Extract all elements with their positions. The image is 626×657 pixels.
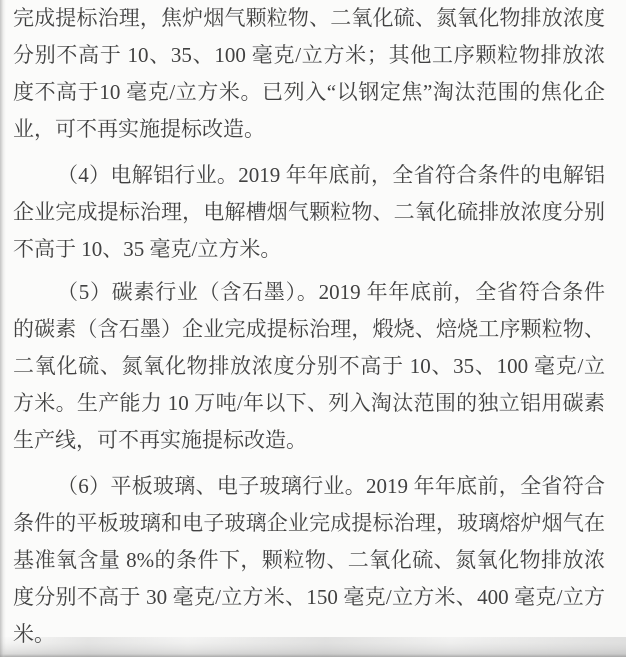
paragraph-4-electrolytic-aluminum: （4）电解铝行业。2019 年年底前，全省符合条件的电解铝 企业完成提标治理，电… bbox=[13, 157, 605, 268]
scan-edge-left bbox=[0, 0, 6, 657]
text-line: 基准氧含量 8%的条件下，颗粒物、二氧化硫、氮氧化物排放浓 bbox=[13, 542, 605, 579]
text-line: （6）平板玻璃、电子玻璃行业。2019 年年底前，全省符合 bbox=[13, 468, 605, 505]
text-line: 完成提标治理，焦炉烟气颗粒物、二氧化硫、氮氧化物排放浓度 bbox=[13, 0, 605, 37]
text-line: 二氧化硫、氮氧化物排放浓度分别不高于 10、35、100 毫克/立 bbox=[13, 348, 605, 385]
document-body: 完成提标治理，焦炉烟气颗粒物、二氧化硫、氮氧化物排放浓度 分别不高于 10、35… bbox=[13, 0, 605, 653]
text-line: （5）碳素行业（含石墨）。2019 年年底前，全省符合条件 bbox=[13, 274, 605, 311]
text-line: （4）电解铝行业。2019 年年底前，全省符合条件的电解铝 bbox=[13, 157, 605, 194]
scanned-document-page: 完成提标治理，焦炉烟气颗粒物、二氧化硫、氮氧化物排放浓度 分别不高于 10、35… bbox=[0, 0, 626, 657]
text-line: 度不高于10 毫克/立方米。已列入“以钢定焦”淘汰范围的焦化企 bbox=[13, 74, 605, 111]
text-line: 不高于 10、35 毫克/立方米。 bbox=[13, 231, 605, 268]
text-line: 条件的平板玻璃和电子玻璃企业完成提标治理，玻璃熔炉烟气在 bbox=[13, 505, 605, 542]
text-line: 企业完成提标治理，电解槽烟气颗粒物、二氧化硫排放浓度分别 bbox=[13, 194, 605, 231]
text-line: 的碳素（含石墨）企业完成提标治理，煅烧、焙烧工序颗粒物、 bbox=[13, 311, 605, 348]
text-line: 生产线，可不再实施提标改造。 bbox=[13, 422, 605, 459]
text-line: 方米。生产能力 10 万吨/年以下、列入淘汰范围的独立铝用碳素 bbox=[13, 385, 605, 422]
text-line: 度分别不高于 30 毫克/立方米、150 毫克/立方米、400 毫克/立方 bbox=[13, 579, 605, 616]
text-line: 米。 bbox=[13, 616, 605, 653]
text-line: 业，可不再实施提标改造。 bbox=[13, 111, 605, 148]
paragraph-coking-continuation: 完成提标治理，焦炉烟气颗粒物、二氧化硫、氮氧化物排放浓度 分别不高于 10、35… bbox=[13, 0, 605, 148]
paragraph-6-flat-electronic-glass: （6）平板玻璃、电子玻璃行业。2019 年年底前，全省符合 条件的平板玻璃和电子… bbox=[13, 468, 605, 653]
paragraph-5-carbon-graphite: （5）碳素行业（含石墨）。2019 年年底前，全省符合条件 的碳素（含石墨）企业… bbox=[13, 274, 605, 459]
text-line: 分别不高于 10、35、100 毫克/立方米；其他工序颗粒物排放浓 bbox=[13, 37, 605, 74]
